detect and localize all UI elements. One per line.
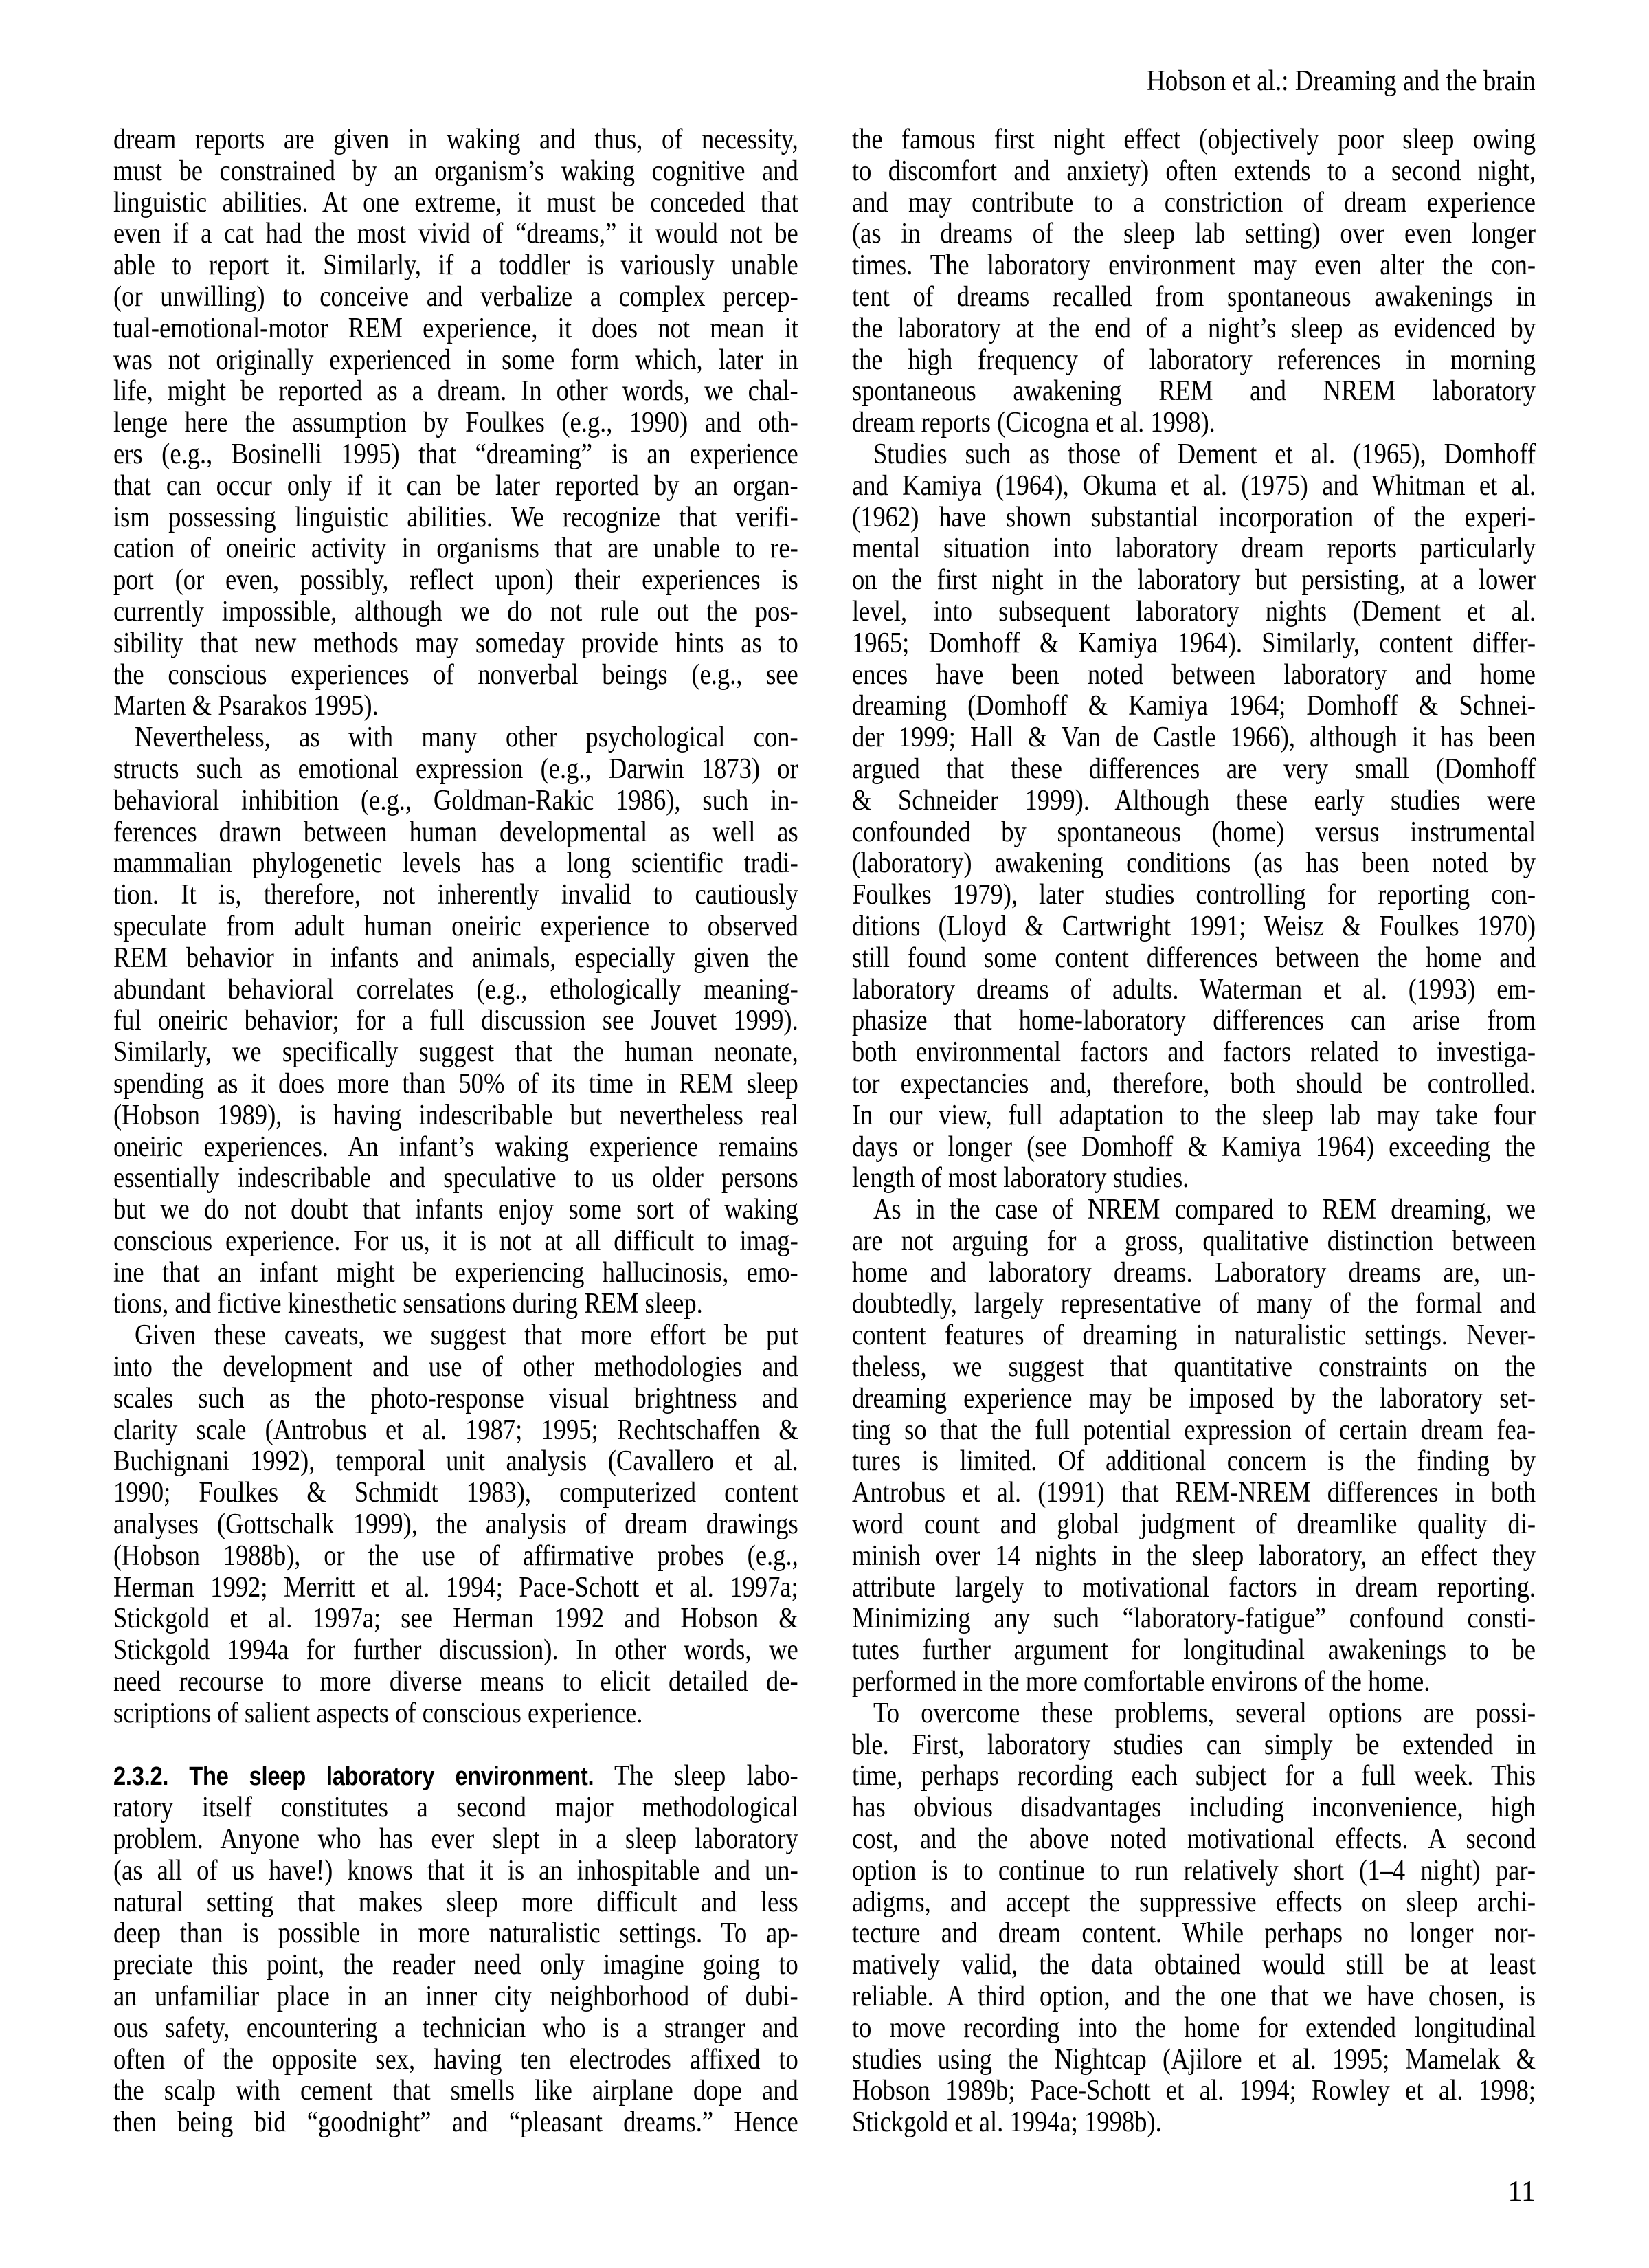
text-line: Stickgold et al. 1994a; 1998b). xyxy=(852,2106,1536,2138)
text-line: the famous first night effect (objective… xyxy=(852,124,1536,155)
text-line: (as in dreams of the sleep lab setting) … xyxy=(852,218,1536,249)
text-line: natural setting that makes sleep more di… xyxy=(113,1887,798,1918)
section-heading-line: 2.3.2. The sleep laboratory environment.… xyxy=(113,1760,798,1792)
text-line: into the development and use of other me… xyxy=(113,1351,798,1383)
text-line: deep than is possible in more naturalist… xyxy=(113,1917,798,1949)
text-line: home and laboratory dreams. Laboratory d… xyxy=(852,1257,1536,1289)
section-gap xyxy=(113,1729,798,1761)
text-line: 1990; Foulkes & Schmidt 1983), computeri… xyxy=(113,1477,798,1509)
text-line: REM behavior in infants and animals, esp… xyxy=(113,942,798,974)
text-line: lenge here the assumption by Foulkes (e.… xyxy=(113,407,798,438)
text-line: phasize that home-laboratory differences… xyxy=(852,1005,1536,1036)
text-line: Minimizing any such “laboratory-fatigue”… xyxy=(852,1603,1536,1634)
left-column: dream reports are given in waking and th… xyxy=(113,124,798,2138)
text-line: argued that these differences are very s… xyxy=(852,753,1536,785)
text-line: Buchignani 1992), temporal unit analysis… xyxy=(113,1445,798,1477)
text-line: oneiric experiences. An infant’s waking … xyxy=(113,1131,798,1163)
text-line: level, into subsequent laboratory nights… xyxy=(852,596,1536,627)
text-line: tual-emotional-motor REM experience, it … xyxy=(113,313,798,344)
text-line: length of most laboratory studies. xyxy=(852,1162,1536,1194)
text-line: essentially indescribable and speculativ… xyxy=(113,1162,798,1194)
text-line: Stickgold 1994a for further discussion).… xyxy=(113,1634,798,1666)
text-line: speculate from adult human oneiric exper… xyxy=(113,911,798,942)
text-line: ous safety, encountering a technician wh… xyxy=(113,2012,798,2044)
paragraph: To overcome these problems, several opti… xyxy=(852,1698,1536,2138)
text-line: In our view, full adaptation to the slee… xyxy=(852,1100,1536,1131)
text-line: the scalp with cement that smells like a… xyxy=(113,2075,798,2106)
text-line: tecture and dream content. While perhaps… xyxy=(852,1917,1536,1949)
text-line: minish over 14 nights in the sleep labor… xyxy=(852,1540,1536,1572)
text-line: currently impossible, although we do not… xyxy=(113,596,798,627)
text-line: the conscious experiences of nonverbal b… xyxy=(113,659,798,691)
text-line: dreaming experience may be imposed by th… xyxy=(852,1383,1536,1414)
text-line: analyses (Gottschalk 1999), the analysis… xyxy=(113,1509,798,1540)
text-line: Stickgold et al. 1997a; see Herman 1992 … xyxy=(113,1603,798,1634)
paragraph: dream reports are given in waking and th… xyxy=(113,124,798,722)
text-line: adigms, and accept the suppressive effec… xyxy=(852,1887,1536,1918)
text-line: 1965; Domhoff & Kamiya 1964). Similarly,… xyxy=(852,627,1536,659)
text-line: times. The laboratory environment may ev… xyxy=(852,249,1536,281)
text-line: preciate this point, the reader need onl… xyxy=(113,1949,798,1981)
text-line: spontaneous awakening REM and NREM labor… xyxy=(852,375,1536,407)
text-line: To overcome these problems, several opti… xyxy=(852,1698,1536,1729)
text-line: time, perhaps recording each subject for… xyxy=(852,1760,1536,1792)
text-line: both environmental factors and factors r… xyxy=(852,1036,1536,1068)
right-column: the famous first night effect (objective… xyxy=(852,124,1536,2138)
paragraph: the famous first night effect (objective… xyxy=(852,124,1536,438)
text-line: (laboratory) awakening conditions (as ha… xyxy=(852,847,1536,879)
text-line: As in the case of NREM compared to REM d… xyxy=(852,1194,1536,1225)
text-line: attribute largely to motivational factor… xyxy=(852,1572,1536,1603)
text-line: linguistic abilities. At one extreme, it… xyxy=(113,187,798,219)
text-line: sibility that new methods may someday pr… xyxy=(113,627,798,659)
text-line: doubtedly, largely representative of man… xyxy=(852,1288,1536,1320)
text-line: Similarly, we specifically suggest that … xyxy=(113,1036,798,1068)
text-line: behavioral inhibition (e.g., Goldman-Rak… xyxy=(113,785,798,816)
text-line: content features of dreaming in naturali… xyxy=(852,1320,1536,1351)
text-line: must be constrained by an organism’s wak… xyxy=(113,155,798,187)
text-line: mental situation into laboratory dream r… xyxy=(852,533,1536,564)
text-line: structs such as emotional expression (e.… xyxy=(113,753,798,785)
text-line: cation of oneiric activity in organisms … xyxy=(113,533,798,564)
text-line: ferences drawn between human development… xyxy=(113,816,798,848)
text-line: but we do not doubt that infants enjoy s… xyxy=(113,1194,798,1225)
text-line: tent of dreams recalled from spontaneous… xyxy=(852,281,1536,313)
text-line: laboratory dreams of adults. Waterman et… xyxy=(852,974,1536,1005)
text-line: cost, and the above noted motivational e… xyxy=(852,1823,1536,1855)
text-line: has obvious disadvantages including inco… xyxy=(852,1792,1536,1823)
text-line: that can occur only if it can be later r… xyxy=(113,470,798,502)
text-line: ditions (Lloyd & Cartwright 1991; Weisz … xyxy=(852,911,1536,942)
text-line: the laboratory at the end of a night’s s… xyxy=(852,313,1536,344)
text-line: abundant behavioral correlates (e.g., et… xyxy=(113,974,798,1005)
text-line: ting so that the full potential expressi… xyxy=(852,1414,1536,1446)
text-line: (1962) have shown substantial incorporat… xyxy=(852,502,1536,533)
paragraph: As in the case of NREM compared to REM d… xyxy=(852,1194,1536,1698)
text-line: and Kamiya (1964), Okuma et al. (1975) a… xyxy=(852,470,1536,502)
text-line: matively valid, the data obtained would … xyxy=(852,1949,1536,1981)
text-line: still found some content differences bet… xyxy=(852,942,1536,974)
text-line: der 1999; Hall & Van de Castle 1966), al… xyxy=(852,722,1536,753)
text-line: scales such as the photo-response visual… xyxy=(113,1383,798,1414)
text-line: ers (e.g., Bosinelli 1995) that “dreamin… xyxy=(113,438,798,470)
text-line: word count and global judgment of dreaml… xyxy=(852,1509,1536,1540)
text-line: ences have been noted between laboratory… xyxy=(852,659,1536,691)
section-heading-line-rest: The sleep labo- xyxy=(594,1759,798,1792)
text-line: problem. Anyone who has ever slept in a … xyxy=(113,1823,798,1855)
text-line: tor expectancies and, therefore, both sh… xyxy=(852,1068,1536,1100)
page-number: 11 xyxy=(1508,2175,1536,2208)
text-line: Marten & Psarakos 1995). xyxy=(113,690,798,722)
text-line: scriptions of salient aspects of conscio… xyxy=(113,1698,798,1729)
paragraph: Nevertheless, as with many other psychol… xyxy=(113,722,798,1320)
text-line: dreaming (Domhoff & Kamiya 1964; Domhoff… xyxy=(852,690,1536,722)
section-heading: 2.3.2. The sleep laboratory environment. xyxy=(113,1762,594,1791)
text-line: confounded by spontaneous (home) versus … xyxy=(852,816,1536,848)
text-line: tures is limited. Of additional concern … xyxy=(852,1445,1536,1477)
text-line: on the first night in the laboratory but… xyxy=(852,564,1536,596)
text-line: life, might be reported as a dream. In o… xyxy=(113,375,798,407)
text-line: are not arguing for a gross, qualitative… xyxy=(852,1225,1536,1257)
text-line: ratory itself constitutes a second major… xyxy=(113,1792,798,1823)
text-line: dream reports are given in waking and th… xyxy=(113,124,798,155)
paragraph: Given these caveats, we suggest that mor… xyxy=(113,1320,798,1728)
text-line: often of the opposite sex, having ten el… xyxy=(113,2044,798,2076)
text-line: (Hobson 1988b), or the use of affirmativ… xyxy=(113,1540,798,1572)
text-line: ism possessing linguistic abilities. We … xyxy=(113,502,798,533)
text-line: to discomfort and anxiety) often extends… xyxy=(852,155,1536,187)
text-line: was not originally experienced in some f… xyxy=(113,344,798,376)
text-line: option is to continue to run relatively … xyxy=(852,1855,1536,1887)
text-line: (or unwilling) to conceive and verbalize… xyxy=(113,281,798,313)
text-line: to move recording into the home for exte… xyxy=(852,2012,1536,2044)
text-line: and may contribute to a constriction of … xyxy=(852,187,1536,219)
text-line: need recourse to more diverse means to e… xyxy=(113,1666,798,1698)
section-2-3-2: 2.3.2. The sleep laboratory environment.… xyxy=(113,1760,798,2138)
text-line: tutes further argument for longitudinal … xyxy=(852,1634,1536,1666)
text-line: Studies such as those of Dement et al. (… xyxy=(852,438,1536,470)
text-line: Nevertheless, as with many other psychol… xyxy=(113,722,798,753)
text-line: (Hobson 1989), is having indescribable b… xyxy=(113,1100,798,1131)
text-line: Antrobus et al. (1991) that REM-NREM dif… xyxy=(852,1477,1536,1509)
running-head: Hobson et al.: Dreaming and the brain xyxy=(1147,65,1536,98)
text-line: spending as it does more than 50% of its… xyxy=(113,1068,798,1100)
text-line: & Schneider 1999). Although these early … xyxy=(852,785,1536,816)
text-line: tion. It is, therefore, not inherently i… xyxy=(113,879,798,911)
text-line: reliable. A third option, and the one th… xyxy=(852,1981,1536,2012)
text-line: theless, we suggest that quantitative co… xyxy=(852,1351,1536,1383)
text-line: clarity scale (Antrobus et al. 1987; 199… xyxy=(113,1414,798,1446)
text-line: (as all of us have!) knows that it is an… xyxy=(113,1855,798,1887)
text-line: conscious experience. For us, it is not … xyxy=(113,1225,798,1257)
text-line: an unfamiliar place in an inner city nei… xyxy=(113,1981,798,2012)
text-line: Herman 1992; Merritt et al. 1994; Pace-S… xyxy=(113,1572,798,1603)
text-line: days or longer (see Domhoff & Kamiya 196… xyxy=(852,1131,1536,1163)
text-line: performed in the more comfortable enviro… xyxy=(852,1666,1536,1698)
text-line: tions, and fictive kinesthetic sensation… xyxy=(113,1288,798,1320)
text-line: ine that an infant might be experiencing… xyxy=(113,1257,798,1289)
text-line: Given these caveats, we suggest that mor… xyxy=(113,1320,798,1351)
text-line: then being bid “goodnight” and “pleasant… xyxy=(113,2106,798,2138)
text-line: dream reports (Cicogna et al. 1998). xyxy=(852,407,1536,438)
text-line: ful oneiric behavior; for a full discuss… xyxy=(113,1005,798,1036)
text-line: even if a cat had the most vivid of “dre… xyxy=(113,218,798,249)
text-line: studies using the Nightcap (Ajilore et a… xyxy=(852,2044,1536,2076)
text-line: Foulkes 1979), later studies controlling… xyxy=(852,879,1536,911)
text-line: port (or even, possibly, reflect upon) t… xyxy=(113,564,798,596)
text-line: the high frequency of laboratory referen… xyxy=(852,344,1536,376)
text-line: ble. First, laboratory studies can simpl… xyxy=(852,1729,1536,1761)
text-line: mammalian phylogenetic levels has a long… xyxy=(113,847,798,879)
paragraph: Studies such as those of Dement et al. (… xyxy=(852,438,1536,1194)
text-line: able to report it. Similarly, if a toddl… xyxy=(113,249,798,281)
text-line: Hobson 1989b; Pace-Schott et al. 1994; R… xyxy=(852,2075,1536,2106)
